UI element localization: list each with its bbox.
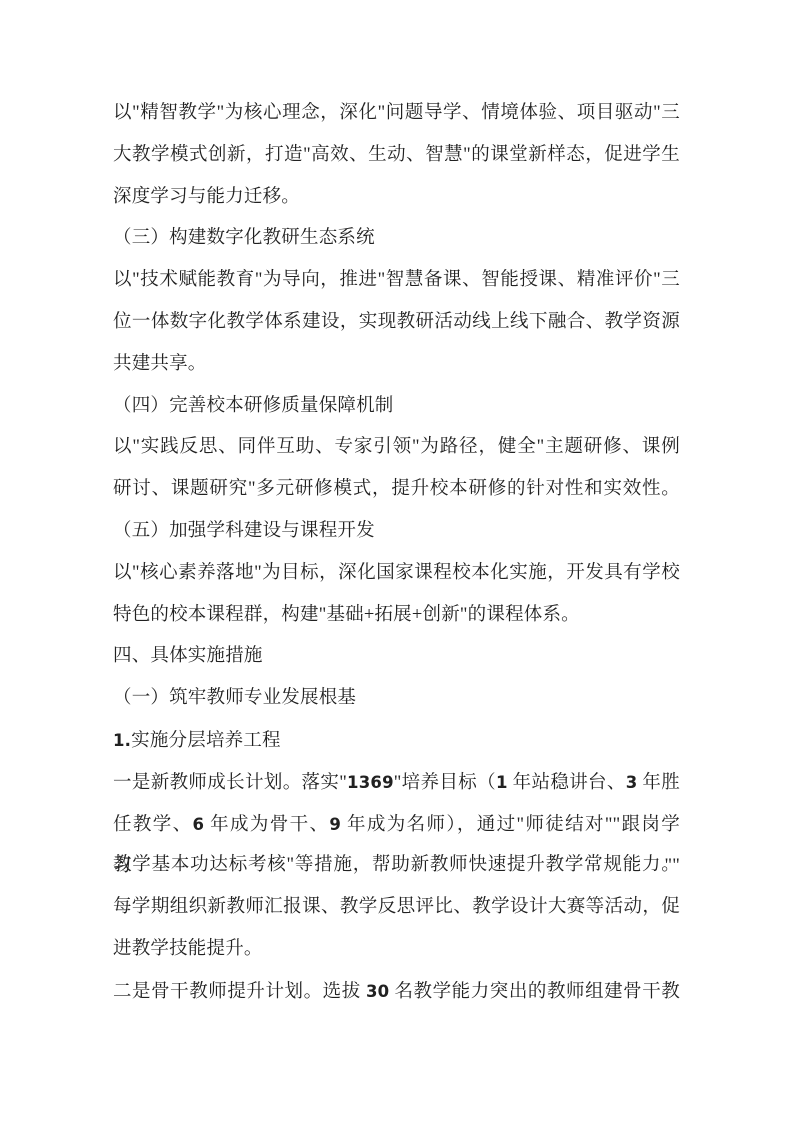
paragraph-line: 深度学习与能力迁移。 <box>113 177 680 219</box>
paragraph-line: 大教学模式创新，打造"高效、生动、智慧"的课堂新样态，促进学生 <box>113 135 680 177</box>
section-heading: （三）构建数字化教研生态系统 <box>113 218 680 260</box>
paragraph: 二是骨干教师提升计划。选拔 30 名教学能力突出的教师组建骨干教 <box>113 971 680 1013</box>
document-page: 以"精智教学"为核心理念，深化"问题导学、情境体验、项目驱动"三大教学模式创新，… <box>0 0 793 1122</box>
paragraph-line: 教学基本功达标考核"等措施，帮助新教师快速提升教学常规能力。 <box>113 845 680 887</box>
paragraph: 以"核心素养落地"为目标，深化国家课程校本化实施，开发具有学校特色的校本课程群，… <box>113 553 680 637</box>
paragraph: 以"精智教学"为核心理念，深化"问题导学、情境体验、项目驱动"三大教学模式创新，… <box>113 93 680 218</box>
section-heading: 1.实施分层培养工程 <box>113 720 680 762</box>
section-heading-line: 1.实施分层培养工程 <box>113 720 680 762</box>
paragraph-line: 二是骨干教师提升计划。选拔 30 名教学能力突出的教师组建骨干教 <box>113 971 680 1013</box>
paragraph-line: 一是新教师成长计划。落实"1369"培养目标（1 年站稳讲台、3 年胜 <box>113 762 680 804</box>
paragraph: 每学期组织新教师汇报课、教学反思评比、教学设计大赛等活动，促进教学技能提升。 <box>113 887 680 971</box>
section-heading: （一）筑牢教师专业发展根基 <box>113 678 680 720</box>
latin-numeral: 1 <box>496 773 508 792</box>
paragraph-line: 每学期组织新教师汇报课、教学反思评比、教学设计大赛等活动，促 <box>113 887 680 929</box>
paragraph-line: 以"实践反思、同伴互助、专家引领"为路径，健全"主题研修、课例 <box>113 427 680 469</box>
section-heading-line: 四、具体实施措施 <box>113 636 680 678</box>
latin-numeral: 6 <box>192 815 204 834</box>
latin-numeral: 9 <box>329 815 341 834</box>
paragraph-line: 位一体数字化教学体系建设，实现教研活动线上线下融合、教学资源 <box>113 302 680 344</box>
paragraph-line: 研讨、课题研究"多元研修模式，提升校本研修的针对性和实效性。 <box>113 469 680 511</box>
document-body: 以"精智教学"为核心理念，深化"问题导学、情境体验、项目驱动"三大教学模式创新，… <box>113 93 680 1013</box>
section-heading-line: （五）加强学科建设与课程开发 <box>113 511 680 553</box>
section-heading-line: （三）构建数字化教研生态系统 <box>113 218 680 260</box>
section-heading-line: （一）筑牢教师专业发展根基 <box>113 678 680 720</box>
paragraph-line: 任教学、6 年成为骨干、9 年成为名师），通过"师徒结对""跟岗学习"" <box>113 804 680 846</box>
section-heading: 四、具体实施措施 <box>113 636 680 678</box>
latin-numeral: 3 <box>626 773 638 792</box>
section-heading: （四）完善校本研修质量保障机制 <box>113 386 680 428</box>
paragraph-line: 进教学技能提升。 <box>113 929 680 971</box>
paragraph: 以"实践反思、同伴互助、专家引领"为路径，健全"主题研修、课例研讨、课题研究"多… <box>113 427 680 511</box>
paragraph-line: 以"技术赋能教育"为导向，推进"智慧备课、智能授课、精准评价"三 <box>113 260 680 302</box>
latin-numeral: 1. <box>113 731 131 750</box>
latin-numeral: 1369 <box>347 773 394 792</box>
section-heading-line: （四）完善校本研修质量保障机制 <box>113 386 680 428</box>
paragraph-line: 特色的校本课程群，构建"基础+拓展+创新"的课程体系。 <box>113 595 680 637</box>
paragraph-line: 以"核心素养落地"为目标，深化国家课程校本化实施，开发具有学校 <box>113 553 680 595</box>
latin-numeral: 30 <box>366 982 389 1001</box>
paragraph-line: 以"精智教学"为核心理念，深化"问题导学、情境体验、项目驱动"三 <box>113 93 680 135</box>
paragraph: 一是新教师成长计划。落实"1369"培养目标（1 年站稳讲台、3 年胜任教学、6… <box>113 762 680 887</box>
paragraph: 以"技术赋能教育"为导向，推进"智慧备课、智能授课、精准评价"三位一体数字化教学… <box>113 260 680 385</box>
section-heading: （五）加强学科建设与课程开发 <box>113 511 680 553</box>
paragraph-line: 共建共享。 <box>113 344 680 386</box>
